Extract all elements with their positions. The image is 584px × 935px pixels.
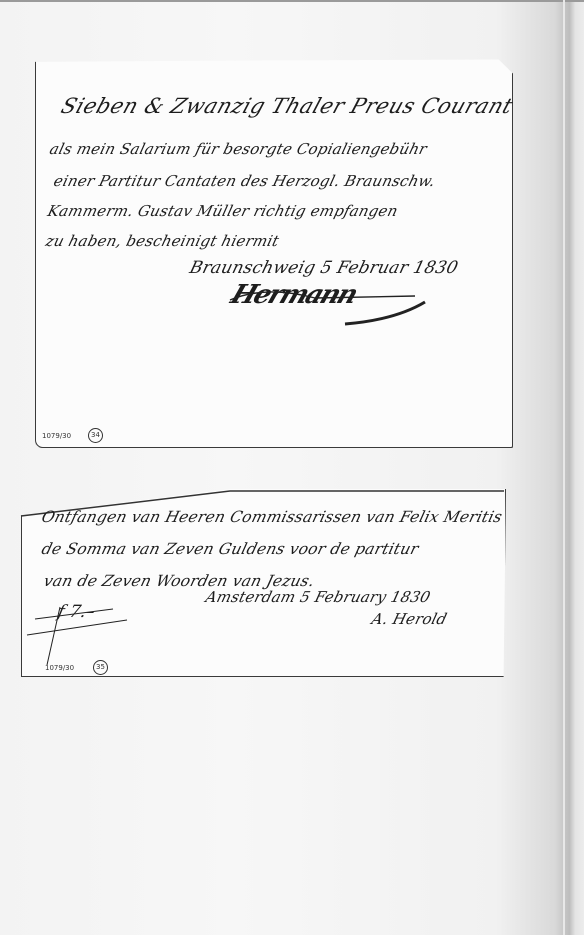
receipt-1-line-4: Kammerm. Gustav Müller richtig empfangen — [46, 202, 400, 220]
receipt-2-line-1: Ontfangen van Heeren Commissarissen van … — [40, 508, 504, 526]
amount-strokes-icon — [25, 595, 135, 670]
receipt-1-place-date: Braunschweig 5 Februar 1830 — [188, 258, 461, 278]
receipt-2-place-date: Amsterdam 5 February 1830 — [204, 588, 433, 606]
receipt-1-line-3: einer Partitur Cantaten des Herzogl. Bra… — [52, 172, 437, 190]
receipt-1-line-5: zu haben, bescheinigt hiermit — [44, 232, 281, 250]
scan-page: Sieben & Zwanzig Thaler Preus Courant al… — [0, 0, 584, 935]
receipt-1-line-2: als mein Salarium für besorgte Copialien… — [48, 140, 429, 158]
receipt-1-line-1: Sieben & Zwanzig Thaler Preus Courant — [58, 94, 516, 118]
receipt-2-catalog-number: 1079/30 — [45, 664, 74, 672]
receipt-2-item-number: 35 — [93, 660, 108, 675]
signature-flourish-icon — [225, 280, 435, 330]
receipt-2-signature: A. Herold — [370, 610, 449, 628]
receipt-2-line-2: de Somma van Zeven Guldens voor de parti… — [40, 540, 421, 558]
receipt-1-item-number: 34 — [88, 428, 103, 443]
scan-top-edge — [0, 0, 584, 2]
page-binding-shadow — [563, 0, 565, 935]
receipt-1-catalog-number: 1079/30 — [42, 432, 71, 440]
